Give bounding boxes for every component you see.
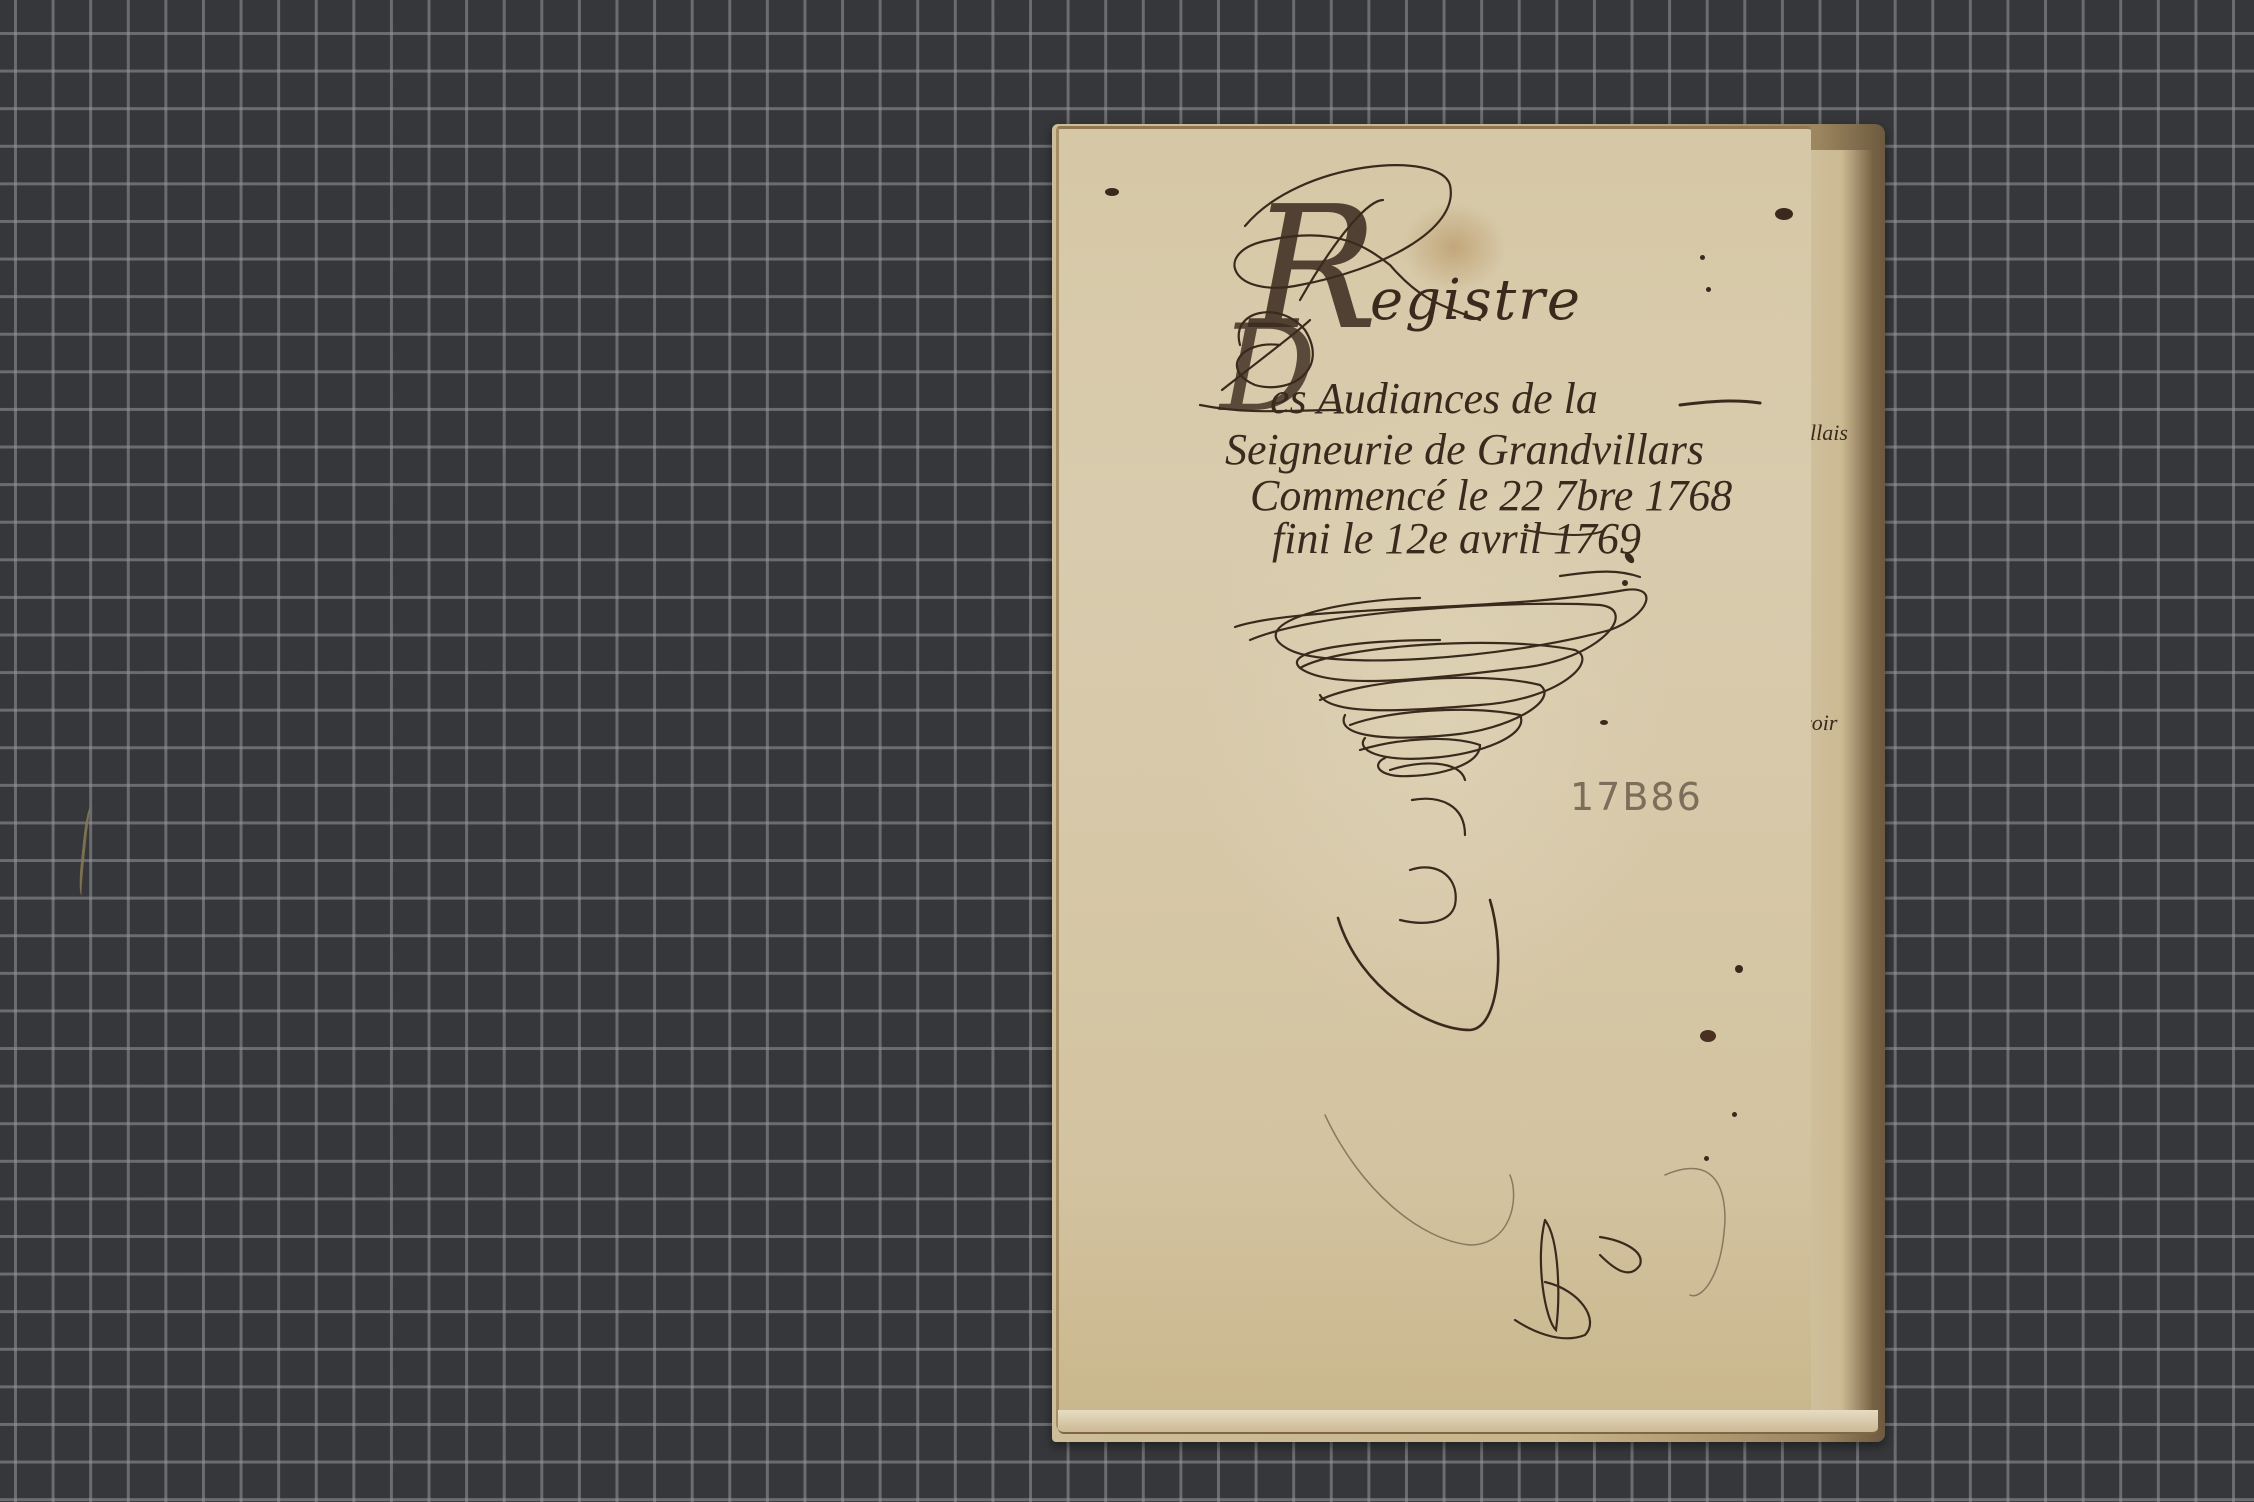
ink-spot bbox=[1735, 965, 1743, 973]
title-line-1: es Audiances de la bbox=[1270, 373, 1598, 424]
ink-blot bbox=[1105, 188, 1119, 196]
under-page-fragment: llais bbox=[1810, 420, 1848, 446]
title-line-4: fini le 12e avril 1769 bbox=[1272, 513, 1641, 564]
cover-frayed-edge bbox=[1058, 1410, 1878, 1434]
ink-spot bbox=[1600, 720, 1608, 725]
ink-spot bbox=[1732, 1112, 1737, 1117]
ink-blot bbox=[1700, 1030, 1716, 1042]
title-line-2: Seigneurie de Grandvillars bbox=[1225, 424, 1704, 475]
ink-spot bbox=[1700, 255, 1705, 260]
pencil-shelfmark: 17B86 bbox=[1570, 775, 1703, 819]
document-title: egistre bbox=[1370, 268, 1582, 333]
ink-spot bbox=[1704, 1156, 1709, 1161]
ink-spot bbox=[1622, 580, 1628, 586]
ink-spot bbox=[1706, 287, 1711, 292]
loose-fiber bbox=[77, 806, 97, 897]
ink-blot bbox=[1775, 208, 1793, 220]
